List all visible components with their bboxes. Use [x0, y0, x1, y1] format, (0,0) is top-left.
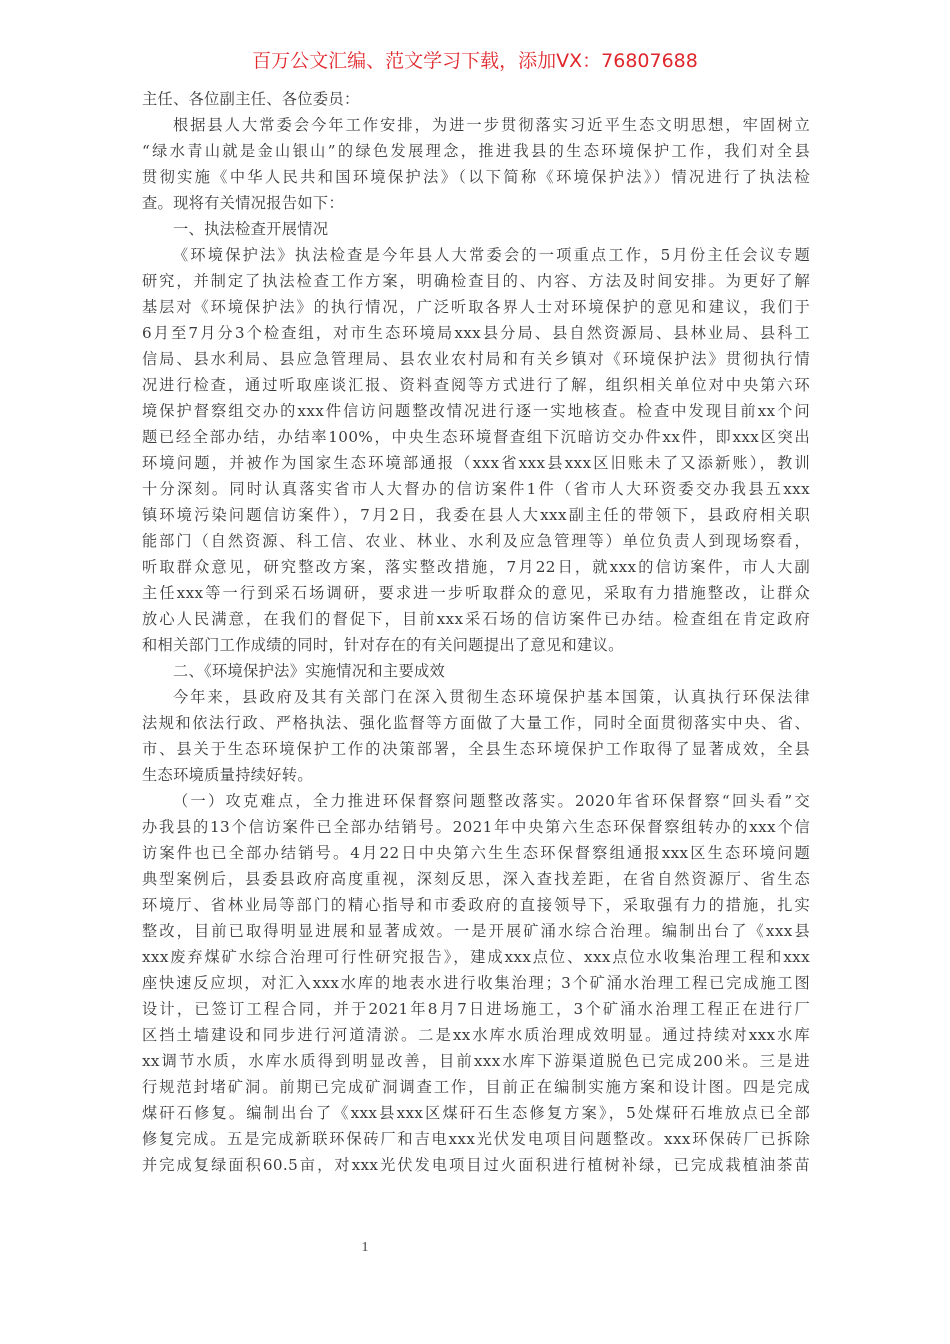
text-line: 和相关部门工作成绩的同时，针对存在的有关问题提出了意见和建议。 — [142, 632, 810, 658]
text-line: 二、《环境保护法》实施情况和主要成效 — [142, 658, 810, 684]
text-line: 信局、县水利局、县应急管理局、县农业农村局和有关乡镇对《环境保护法》贯彻执行情 — [142, 346, 810, 372]
text-line: 根据县人大常委会今年工作安排，为进一步贯彻落实习近平生态文明思想，牢固树立 — [142, 112, 810, 138]
text-line: 况进行检查，通过听取座谈汇报、资料查阅等方式进行了解，组织相关单位对中央第六环 — [142, 372, 810, 398]
text-line: 座快速反应坝，对汇入xxx水库的地表水进行收集治理；3个矿涌水治理工程已完成施工… — [142, 970, 810, 996]
text-line: 环境问题，并被作为国家生态环境部通报（xxx省xxx县xxx区旧账未了又添新账）… — [142, 450, 810, 476]
text-line: 设计，已签订工程合同，并于2021年8月7日进场施工，3个矿涌水治理工程正在进行… — [142, 996, 810, 1022]
text-line: 境保护督察组交办的xxx件信访问题整改情况进行逐一实地核查。检查中发现目前xx个… — [142, 398, 810, 424]
text-line: 一、执法检查开展情况 — [142, 216, 810, 242]
text-line: 查。现将有关情况报告如下： — [142, 190, 810, 216]
text-line: 环境厅、省林业局等部门的精心指导和市委政府的直接领导下，采取强有力的措施，扎实 — [142, 892, 810, 918]
text-line: 访案件也已全部办结销号。4月22日中央第六生生态环保督察组通报xxx区生态环境问… — [142, 840, 810, 866]
text-line: 基层对《环境保护法》的执行情况，广泛听取各界人士对环境保护的意见和建议，我们于 — [142, 294, 810, 320]
text-line: 主任、各位副主任、各位委员： — [142, 86, 810, 112]
text-line: xx调节水质，水库水质得到明显改善，目前xxx水库下游渠道脱色已完成200米。三… — [142, 1048, 810, 1074]
text-line: 整改，目前已取得明显进展和显著成效。一是开展矿涌水综合治理。编制出台了《xxx县 — [142, 918, 810, 944]
text-line: 《环境保护法》执法检查是今年县人大常委会的一项重点工作，5月份主任会议专题 — [142, 242, 810, 268]
text-line: 修复完成。五是完成新联环保砖厂和吉电xxx光伏发电项目问题整改。xxx环保砖厂已… — [142, 1126, 810, 1152]
text-line: 行规范封堵矿洞。前期已完成矿洞调查工作，目前正在编制实施方案和设计图。四是完成 — [142, 1074, 810, 1100]
text-line: xxx废弃煤矿水综合治理可行性研究报告》，建成xxx点位、xxx点位水收集治理工… — [142, 944, 810, 970]
text-line: 煤矸石修复。编制出台了《xxx县xxx区煤矸石生态修复方案》，5处煤矸石堆放点已… — [142, 1100, 810, 1126]
text-line: 贯彻实施《中华人民共和国环境保护法》（以下简称《环境保护法》）情况进行了执法检 — [142, 164, 810, 190]
text-line: 区挡土墙建设和同步进行河道清淤。二是xx水库水质治理成效明显。通过持续对xxx水… — [142, 1022, 810, 1048]
text-line: 今年来，县政府及其有关部门在深入贯彻生态环境保护基本国策，认真执行环保法律 — [142, 684, 810, 710]
text-line: 十分深刻。同时认真落实省市人大督办的信访案件1件（省市人大环资委交办我县五xxx — [142, 476, 810, 502]
text-line: 典型案例后，县委县政府高度重视，深刻反思，深入查找差距，在省自然资源厅、省生态 — [142, 866, 810, 892]
document-body: 主任、各位副主任、各位委员：根据县人大常委会今年工作安排，为进一步贯彻落实习近平… — [142, 86, 810, 1178]
text-line: 法规和依法行政、严格执法、强化监督等方面做了大量工作，同时全面贯彻落实中央、省、 — [142, 710, 810, 736]
text-line: 市、县关于生态环境保护工作的决策部署，全县生态环境保护工作取得了显著成效，全县 — [142, 736, 810, 762]
text-line: 听取群众意见，研究整改方案，落实整改措施，7月22日，就xxx的信访案件，市人大… — [142, 554, 810, 580]
text-line: 能部门（自然资源、科工信、农业、林业、水利及应急管理等）单位负责人到现场察看， — [142, 528, 810, 554]
text-line: 生态环境质量持续好转。 — [142, 762, 810, 788]
text-line: 镇环境污染问题信访案件），7月2日，我委在县人大xxx副主任的带领下，县政府相关… — [142, 502, 810, 528]
text-line: 题已经全部办结，办结率100%，中央生态环境督查组下沉暗访交办件xx件，即xxx… — [142, 424, 810, 450]
page-number: 1 — [0, 1240, 730, 1256]
text-line: 放心人民满意，在我们的督促下，目前xxx采石场的信访案件已办结。检查组在肯定政府 — [142, 606, 810, 632]
text-line: 主任xxx等一行到采石场调研，要求进一步听取群众的意见，采取有力措施整改，让群众 — [142, 580, 810, 606]
text-line: 办我县的13个信访案件已全部办结销号。2021年中央第六生态环保督察组转办的xx… — [142, 814, 810, 840]
text-line: 并完成复绿面积60.5亩，对xxx光伏发电项目过火面积进行植树补绿，已完成栽植油… — [142, 1152, 810, 1178]
text-line: “绿水青山就是金山银山”的绿色发展理念，推进我县的生态环境保护工作，我们对全县 — [142, 138, 810, 164]
text-line: 6月至7月分3个检查组，对市生态环境局xxx县分局、县自然资源局、县林业局、县科… — [142, 320, 810, 346]
text-line: 研究，并制定了执法检查工作方案，明确检查目的、内容、方法及时间安排。为更好了解 — [142, 268, 810, 294]
text-line: （一）攻克难点，全力推进环保督察问题整改落实。2020年省环保督察“回头看”交 — [142, 788, 810, 814]
watermark-banner: 百万公文汇编、范文学习下载，添加VX：76807688 — [0, 46, 950, 73]
